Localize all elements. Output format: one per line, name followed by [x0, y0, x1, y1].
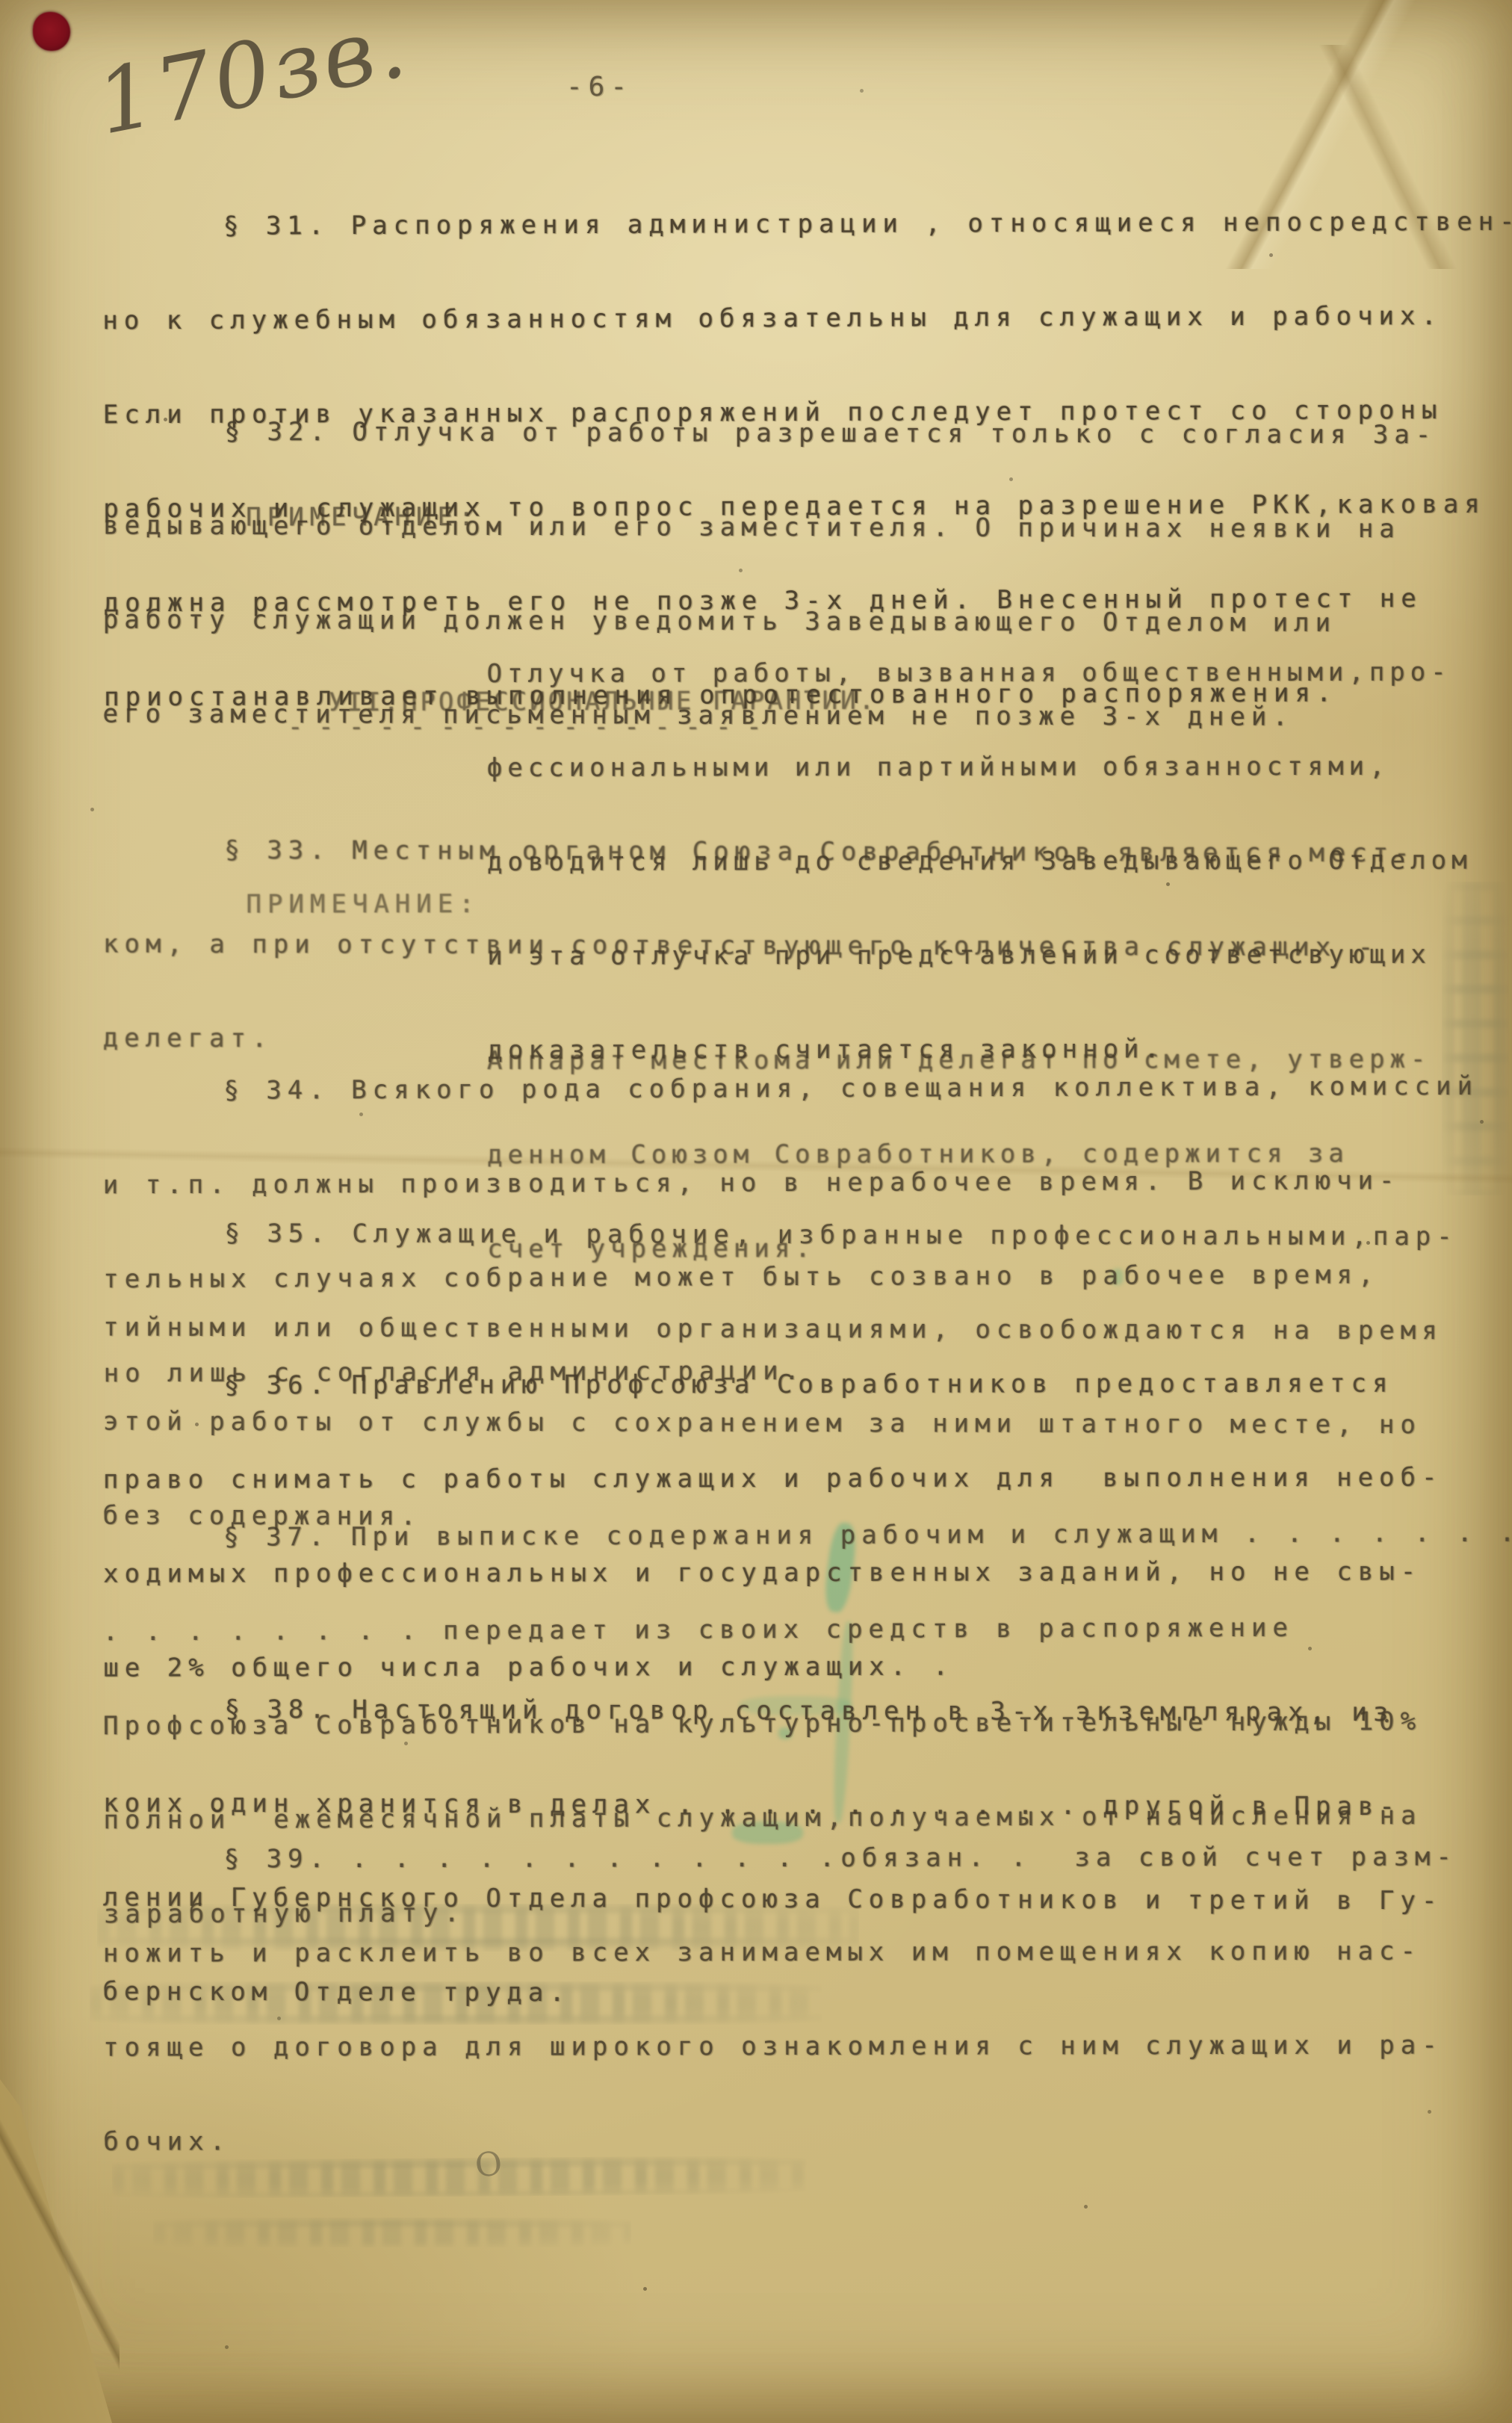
paper-speckles: [0, 0, 2, 2]
text-line: Отлучка от работы, вызванная общественны…: [487, 657, 1509, 690]
text-line: § 37. При выписке содержания рабочим и с…: [223, 1517, 1507, 1553]
text-line: § 38. Настоящий договор составлен в 3-х …: [224, 1694, 1508, 1728]
text-line: § 39. . . . . . . . . . . . .обязан. . з…: [224, 1841, 1508, 1875]
section-heading-underline: - - - - - - - - - - - - - - - -: [288, 711, 762, 743]
text-line: но к служебным обязанностям обязательны …: [102, 300, 1507, 337]
text-line: § 36. Правлению Профсоюза Совработников …: [224, 1367, 1508, 1401]
text-line: ножить и расклеить во всех занимаемых им…: [103, 1935, 1508, 1969]
red-ink-dot: [33, 12, 70, 51]
text-line: § 32. Отлучка от работы разрешается толь…: [224, 416, 1508, 451]
scanned-document: О 170зв. -6- § 31. Распоряжения админист…: [0, 0, 1512, 2423]
text-line: § 33. Местным органом Союза Совработнико…: [224, 835, 1508, 869]
text-line: § 31. Распоряжения администрации , относ…: [223, 206, 1507, 242]
text-line: тояще о договора для широкого ознакомлен…: [103, 2029, 1508, 2063]
note-label: ПРИМЕЧАНИЕ:: [246, 888, 480, 920]
text-line: § 34. Всякого рода собрания, совещания к…: [223, 1071, 1507, 1107]
text-line: § 35. Служащие и рабочие, избранные проф…: [224, 1218, 1508, 1252]
text-line: бочих.: [103, 2123, 1508, 2157]
note-label: ПРИМЕЧАНИЕ:: [246, 501, 480, 533]
paragraph-39: § 39. . . . . . . . . . . . .обязан. . з…: [102, 1778, 1508, 2220]
page-number: -6-: [566, 72, 633, 103]
page-edge-shadow: [0, 2072, 120, 2423]
